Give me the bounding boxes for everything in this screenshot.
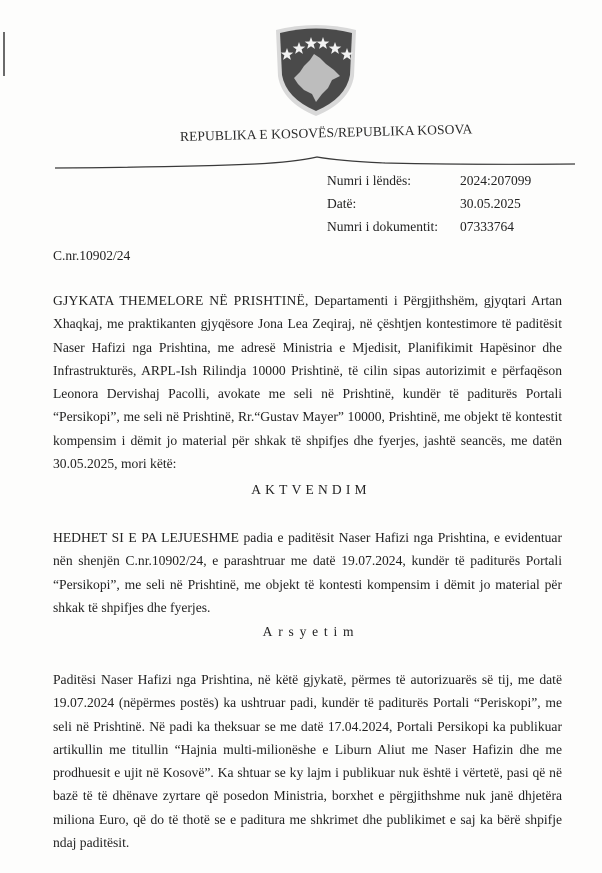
meta-value: 07333764	[460, 219, 514, 242]
scan-margin-mark	[3, 32, 5, 76]
ruling-paragraph: HEDHET SI E PA LEJUESHME padia e paditës…	[53, 526, 562, 619]
reasoning-paragraph: Paditësi Naser Hafizi nga Prishtina, në …	[53, 668, 562, 854]
meta-label: Numri i dokumentit:	[327, 219, 460, 242]
republic-title: REPUBLIKA E KOSOVËS/REPUBLIKA KOSOVA	[180, 122, 450, 145]
ruling-lead: HEDHET SI E PA LEJUESHME	[53, 530, 239, 545]
header-divider	[55, 152, 575, 172]
reasoning-heading: Arsyetim	[0, 624, 602, 640]
document-page: REPUBLIKA E KOSOVËS/REPUBLIKA KOSOVA Num…	[0, 0, 602, 873]
intro-text: Departamenti i Përgjithshëm, gjyqtari Ar…	[53, 293, 562, 471]
meta-label: Numri i lëndës:	[327, 173, 460, 196]
court-name: GJYKATA THEMELORE NË PRISHTINË,	[53, 293, 309, 308]
meta-value: 2024:207099	[460, 173, 531, 196]
ruling-heading: AKTVENDIM	[0, 482, 602, 498]
meta-value: 30.05.2025	[460, 196, 521, 219]
case-metadata: Numri i lëndës: 2024:207099 Datë: 30.05.…	[327, 173, 531, 242]
meta-row-case-number: Numri i lëndës: 2024:207099	[327, 173, 531, 196]
case-reference: C.nr.10902/24	[53, 248, 130, 264]
intro-paragraph: GJYKATA THEMELORE NË PRISHTINË, Departam…	[53, 289, 562, 475]
meta-row-date: Datë: 30.05.2025	[327, 196, 531, 219]
meta-label: Datë:	[327, 196, 460, 219]
meta-row-document-number: Numri i dokumentit: 07333764	[327, 219, 531, 242]
coat-of-arms-icon	[270, 18, 362, 118]
